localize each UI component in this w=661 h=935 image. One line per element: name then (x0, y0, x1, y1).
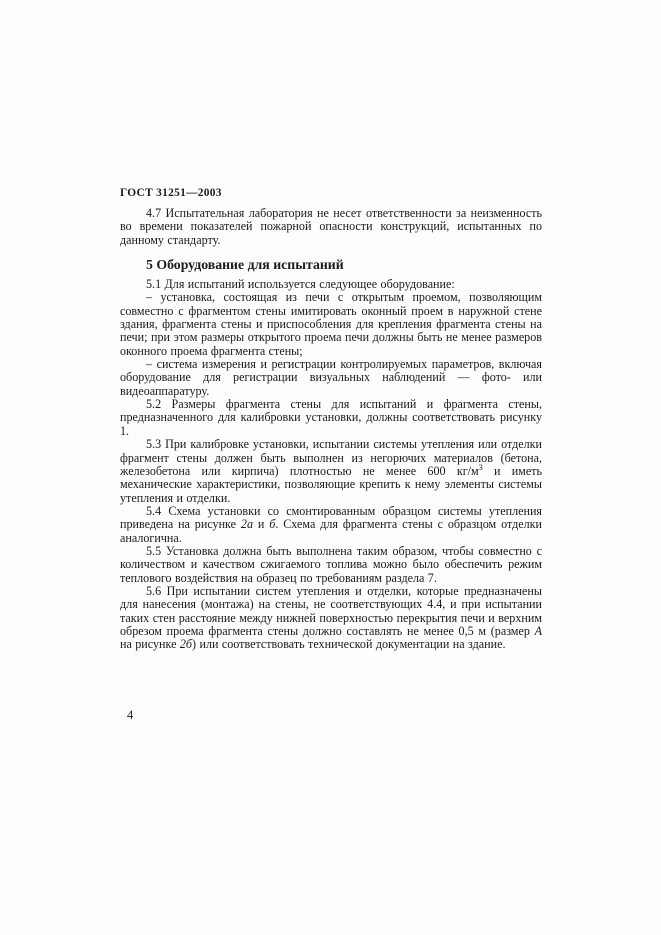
paragraph-5-6: 5.6 При испытании систем утепления и отд… (120, 585, 542, 652)
figure-ref-2a: 2а (241, 517, 253, 531)
document-page: ГОСТ 31251—2003 4.7 Испытательная лабора… (0, 0, 661, 935)
paragraph-5-3: 5.3 При калибровке установки, испытании … (120, 438, 542, 505)
section-5-heading: 5 Оборудование для испытаний (120, 257, 542, 273)
paragraph-5-4-text-b: и (253, 517, 269, 531)
dimension-ref-a: А (535, 624, 542, 638)
paragraph-5-6-text-a: 5.6 При испытании систем утепления и отд… (120, 584, 542, 638)
figure-ref-2b: 2б (180, 637, 192, 651)
paragraph-5-6-text-c: ) или соответствовать технической докуме… (192, 637, 505, 651)
list-item-installation: – установка, состоящая из печи с открыты… (120, 291, 542, 358)
paragraph-5-2: 5.2 Размеры фрагмента стены для испытани… (120, 398, 542, 438)
list-item-measurement-system: – система измерения и регистрации контро… (120, 358, 542, 398)
running-header-standard-number: ГОСТ 31251—2003 (120, 187, 542, 199)
page-number: 4 (127, 708, 133, 723)
paragraph-5-6-text-b: на рисунке (120, 637, 180, 651)
paragraph-5-5: 5.5 Установка должна быть выполнена таки… (120, 545, 542, 585)
paragraph-4-7: 4.7 Испытательная лаборатория не несет о… (120, 207, 542, 247)
text-block: ГОСТ 31251—2003 4.7 Испытательная лабора… (120, 187, 542, 652)
paragraph-5-1: 5.1 Для испытаний используется следующее… (120, 278, 542, 291)
paragraph-5-4: 5.4 Схема установки со смонтированным об… (120, 505, 542, 545)
